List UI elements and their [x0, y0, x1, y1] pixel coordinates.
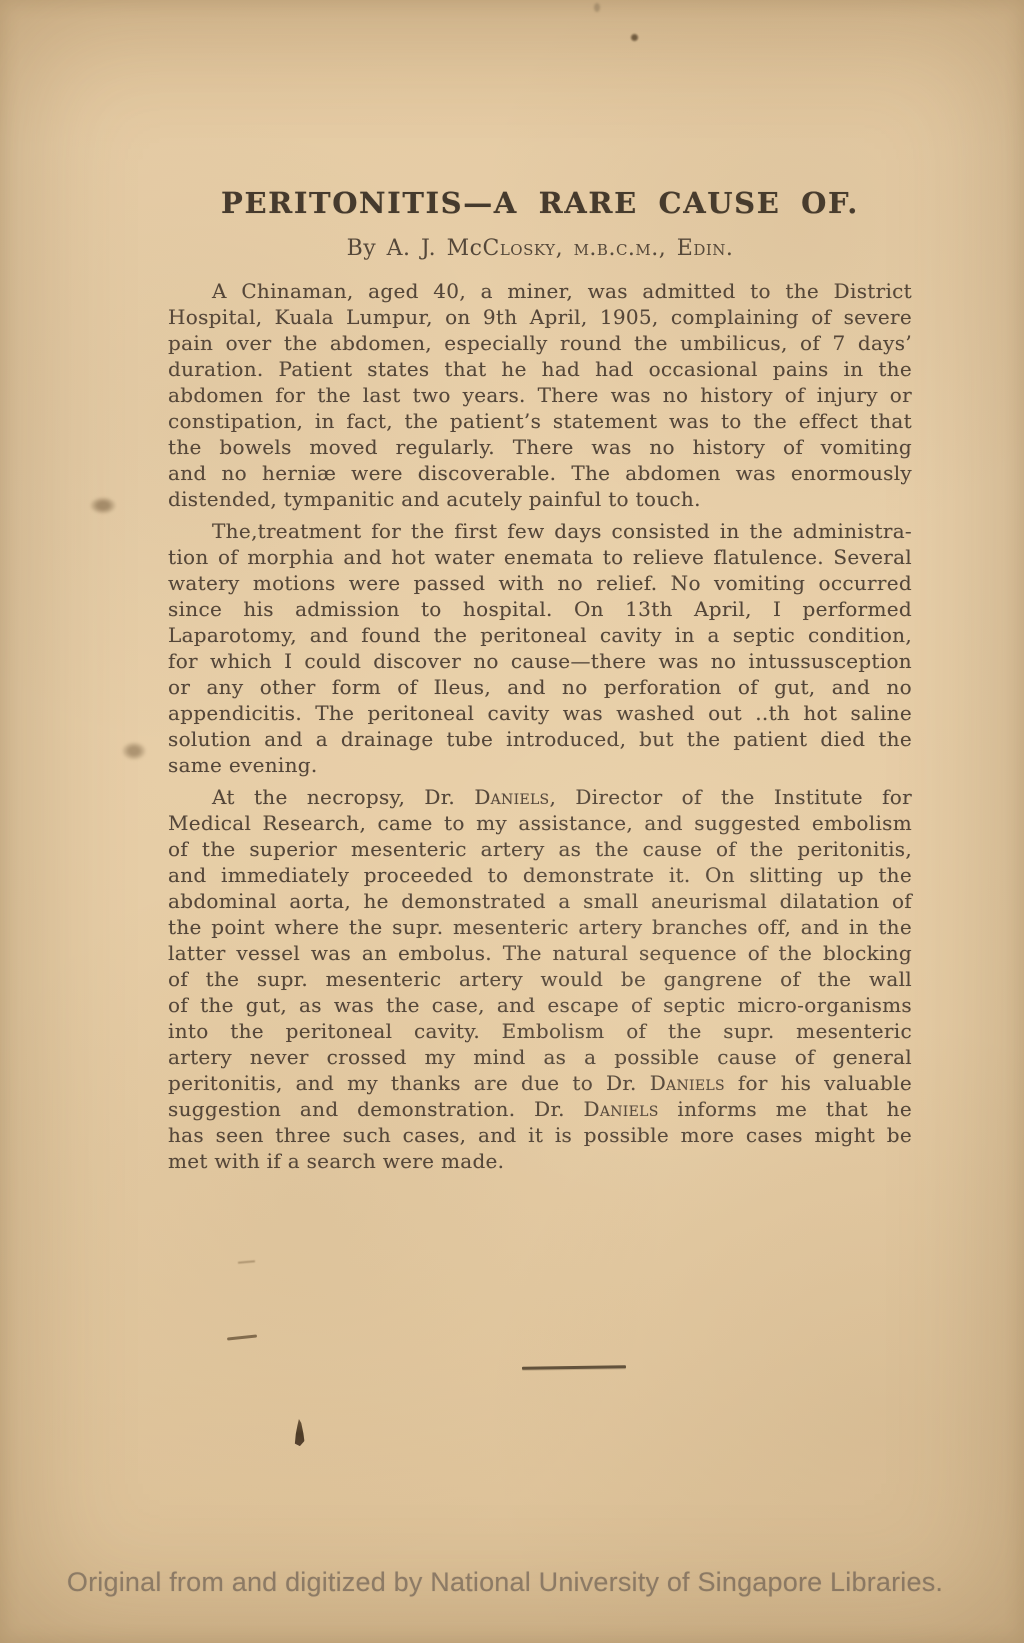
text-line: suggestion and demonstration. Dr. Daniel…: [168, 1096, 912, 1122]
article: PERITONITIS—A RARE CAUSE OF. By A. J. Mc…: [168, 186, 912, 1174]
scanned-page: PERITONITIS—A RARE CAUSE OF. By A. J. Mc…: [0, 0, 1024, 1643]
scan-speck: [594, 3, 600, 12]
smallcaps-name: Daniels: [474, 785, 549, 809]
text-line: A Chinaman, aged 40, a miner, was admitt…: [168, 278, 912, 304]
text-line: artery never crossed my mind as a possib…: [168, 1044, 912, 1070]
text-line: or any other form of Ileus, and no perfo…: [168, 674, 912, 700]
text-line: abdomen for the last two years. There wa…: [168, 382, 912, 408]
digitization-footer: Original from and digitized by National …: [0, 1567, 1010, 1598]
text-line: of the supr. mesenteric artery would be …: [168, 966, 912, 992]
pencil-dash: [227, 1334, 257, 1340]
paragraph: A Chinaman, aged 40, a miner, was admitt…: [168, 278, 912, 512]
text-line: pain over the abdomen, especially round …: [168, 330, 912, 356]
text-line: appendicitis. The peritoneal cavity was …: [168, 700, 912, 726]
byline-segment: By: [347, 236, 387, 261]
ink-speck: [630, 33, 639, 42]
text-line: constipation, in fact, the patient’s sta…: [168, 408, 912, 434]
text-line: tion of morphia and hot water enemata to…: [168, 544, 912, 570]
article-body: A Chinaman, aged 40, a miner, was admitt…: [168, 278, 912, 1174]
byline-segment: .: [726, 236, 734, 261]
paragraph: At the necropsy, Dr. Daniels, Director o…: [168, 784, 912, 1174]
byline-segment: ,: [659, 236, 677, 261]
text-line: abdominal aorta, he demonstrated a small…: [168, 888, 912, 914]
smallcaps-name: Daniels: [650, 1071, 725, 1095]
text-line: latter vessel was an embolus. The natura…: [168, 940, 912, 966]
article-title: PERITONITIS—A RARE CAUSE OF.: [168, 186, 912, 220]
scan-smudge: [90, 497, 116, 514]
text-line: Laparotomy, and found the peritoneal cav…: [168, 622, 912, 648]
text-line: met with if a search were made.: [168, 1148, 912, 1174]
byline-segment: E: [677, 236, 694, 261]
article-byline: By A. J. McClosky, m.b.c.m., Edin.: [168, 236, 912, 261]
byline-segment: losky: [500, 236, 556, 261]
text-line: the bowels moved regularly. There was no…: [168, 434, 912, 460]
text-line: into the peritoneal cavity. Embolism of …: [168, 1018, 912, 1044]
text-line: peritonitis, and my thanks are due to Dr…: [168, 1070, 912, 1096]
text-line: Hospital, Kuala Lumpur, on 9th April, 19…: [168, 304, 912, 330]
end-of-article-rule: [522, 1365, 626, 1369]
text-line: and immediately proceeded to demonstrate…: [168, 862, 912, 888]
text-line: since his admission to hospital. On 13th…: [168, 596, 912, 622]
scan-smudge: [122, 742, 146, 760]
text-line: The‚treatment for the first few days con…: [168, 518, 912, 544]
text-line: duration. Patient states that he had had…: [168, 356, 912, 382]
text-line: same evening.: [168, 752, 912, 778]
byline-segment: m.b.c.m.: [574, 236, 659, 261]
text-line: Medical Research, came to my assistance,…: [168, 810, 912, 836]
ink-blot: [291, 1419, 306, 1447]
text-line: and no herniæ were discoverable. The abd…: [168, 460, 912, 486]
text-line: solution and a drainage tube introduced,…: [168, 726, 912, 752]
byline-segment: A. J. McC: [387, 236, 500, 261]
byline-segment: ,: [556, 236, 574, 261]
text-line: of the superior mesenteric artery as the…: [168, 836, 912, 862]
text-line: has seen three such cases, and it is pos…: [168, 1122, 912, 1148]
text-line: At the necropsy, Dr. Daniels, Director o…: [168, 784, 912, 810]
smallcaps-name: Daniels: [584, 1097, 659, 1121]
text-line: distended, tympanitic and acutely painfu…: [168, 486, 912, 512]
text-line: for which I could discover no cause—ther…: [168, 648, 912, 674]
paragraph: The‚treatment for the first few days con…: [168, 518, 912, 778]
text-line: of the gut, as was the case, and escape …: [168, 992, 912, 1018]
text-line: watery motions were passed with no relie…: [168, 570, 912, 596]
byline-segment: din: [693, 236, 726, 261]
text-line: the point where the supr. mesenteric art…: [168, 914, 912, 940]
pencil-dash: [238, 1260, 255, 1263]
